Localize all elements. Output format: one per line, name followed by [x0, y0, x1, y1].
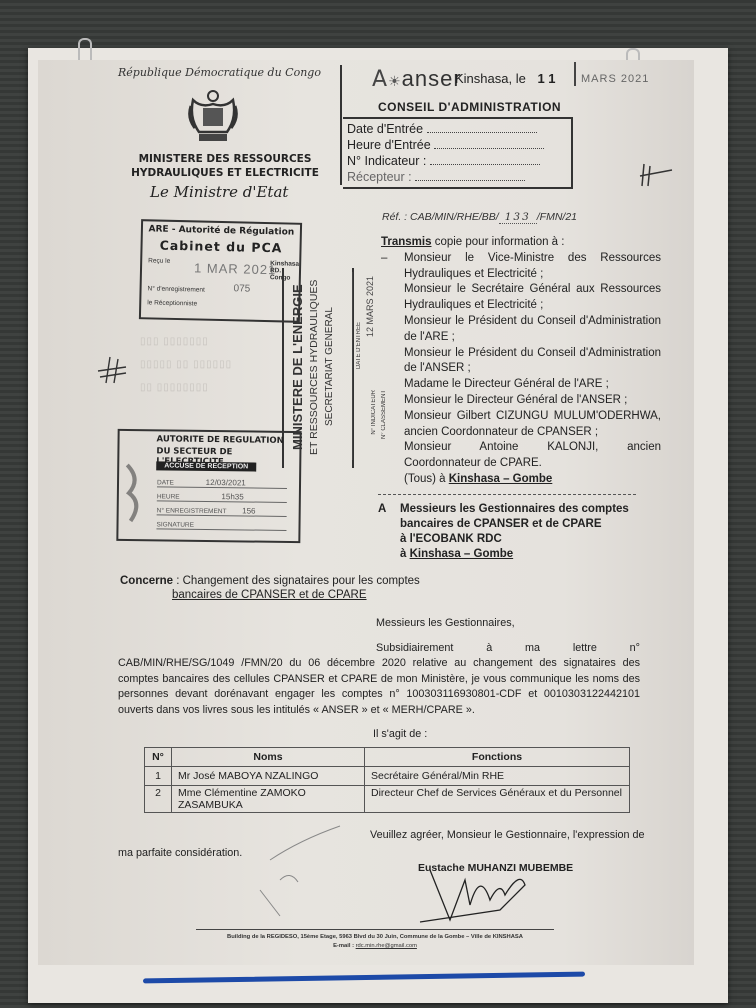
field-label: N° ENREGISTREMENT [157, 507, 227, 515]
separator [378, 494, 636, 495]
reception-field-signature: SIGNATURE [156, 521, 286, 531]
il-sagit: Il s'agit de : [373, 727, 640, 743]
addressee-prefix: A [378, 502, 386, 517]
ministry-line-2: HYDRAULIQUES ET ELECTRICITE [110, 166, 340, 180]
ref-suffix: /FMN/21 [537, 211, 577, 223]
table-row: 1 Mr José MABOYA NZALINGO Secrétaire Gén… [145, 767, 630, 786]
signatories-table: N° Noms Fonctions 1 Mr José MABOYA NZALI… [144, 747, 630, 813]
transmis-heading: Transmis [381, 236, 432, 248]
header-functions: Fonctions [365, 748, 630, 767]
subject-line: Concerne : Changement des signataires po… [120, 574, 420, 602]
list-item: Monsieur le Secrétaire Général aux Resso… [381, 282, 661, 314]
cell-number: 1 [145, 767, 172, 786]
republic-header: République Démocratique du Congo [118, 66, 321, 79]
field-value: 15h35 [221, 492, 243, 501]
handwritten-annotation-icon [240, 820, 360, 920]
header-number: N° [145, 748, 172, 767]
stamp-energie-line-2: ET RESSOURCES HYDRAULIQUES [308, 272, 320, 462]
reception-field-date: DATE 12/03/2021 [157, 477, 287, 489]
reception-line-1: AUTORITE DE REGULATION [157, 434, 284, 446]
enreg-value: 075 [233, 283, 250, 294]
reference-number: Réf. : CAB/MIN/RHE/BB/133/FMN/21 [382, 211, 577, 223]
tous-prefix: (Tous) à [404, 473, 449, 485]
list-item: Monsieur Antoine KALONJI, ancien Coordon… [381, 440, 661, 472]
list-item: Monsieur le Président du Conseil d'Admin… [381, 314, 661, 346]
footer-address-text: Building de la REGIDESO, 15ème Etage, 59… [150, 933, 600, 942]
reception-badge: ACCUSE DE RECEPTION [156, 461, 256, 471]
transmis-heading-rest: copie pour information à : [432, 236, 565, 248]
date-stamp-month-year: MARS 2021 [581, 73, 649, 85]
field-value: 156 [242, 506, 255, 515]
subject-text-2: bancaires de CPANSER et de CPARE [172, 588, 420, 602]
addressee-place: Kinshasa – Gombe [410, 548, 514, 560]
field-value: 12/03/2021 [206, 478, 246, 487]
list-item: Monsieur le Directeur Général de l'ANSER… [381, 393, 661, 409]
addressee-line-4-prefix: à [400, 548, 410, 560]
date-entree-label: DATE D'ENTREE [356, 322, 362, 369]
ref-number: 133 [499, 211, 537, 224]
list-item: Monsieur le Président du Conseil d'Admin… [381, 346, 661, 378]
list-item: Monsieur le Vice-Ministre des Ressources… [381, 251, 661, 283]
body-paragraph: Subsidiairement à ma lettre n° CAB/MIN/R… [118, 641, 640, 719]
footer-email-link[interactable]: rdc.min.rhe@gmail.com [356, 943, 417, 949]
field-recepteur: Récepteur : [347, 169, 567, 185]
subject-text-1: : Changement des signataires pour les co… [173, 575, 420, 587]
salutation: Messieurs les Gestionnaires, [376, 616, 640, 632]
recep-label: le Réceptionniste [147, 299, 197, 307]
field-heure-entree: Heure d'Entrée [347, 137, 567, 153]
date-entree-value: 12 MARS 2021 [365, 276, 375, 337]
conseil-title: CONSEIL D'ADMINISTRATION [378, 100, 561, 114]
letter-body: Messieurs les Gestionnaires, Subsidiaire… [118, 616, 640, 743]
table-row: 2 Mme Clémentine ZAMOKO ZASAMBUKA Direct… [145, 786, 630, 813]
classement-label: N° CLASSEMENT [381, 390, 387, 439]
binder-clip-left [78, 38, 92, 62]
addressee-line-2: bancaires de CPANSER et de CPARE [400, 517, 629, 532]
recu-label: Reçu le [148, 257, 170, 264]
header-names: Noms [172, 748, 365, 767]
cell-name: Mme Clémentine ZAMOKO ZASAMBUKA [172, 786, 365, 813]
stamp-energie-fields: DATE D'ENTREE 12 MARS 2021 N° INDICATEUR… [352, 272, 395, 460]
table-header-row: N° Noms Fonctions [145, 748, 630, 767]
enreg-label: N° d'enregistrement [147, 285, 204, 293]
ministry-line-1: MINISTERE DES RESSOURCES [110, 152, 340, 166]
field-label: Récepteur : [347, 170, 412, 184]
reception-field-heure: HEURE 15h35 [157, 491, 287, 503]
anser-logo-text: anser [402, 66, 462, 91]
tous-place: Kinshasa – Gombe [449, 473, 553, 485]
field-label: HEURE [157, 493, 180, 500]
stamp-divider [574, 62, 576, 86]
stamp-are-cabinet: ARE - Autorité de Régulation Cabinet du … [139, 219, 302, 323]
stamp-are-line-2: Cabinet du PCA [142, 237, 299, 256]
initials-scribble-icon [636, 160, 676, 190]
field-label: Heure d'Entrée [347, 138, 431, 152]
reception-field-enregistrement: N° ENREGISTREMENT 156 [157, 505, 287, 517]
subject-label: Concerne [120, 575, 173, 587]
hash-scribble-icon [96, 355, 130, 385]
closing-line-1: Veuillez agréer, Monsieur le Gestionnair… [118, 826, 648, 844]
copy-recipients: Transmis copie pour information à : Mons… [381, 235, 661, 488]
ministry-name: MINISTERE DES RESSOURCES HYDRAULIQUES ET… [110, 152, 340, 180]
list-item: (Tous) à Kinshasa – Gombe [381, 472, 661, 488]
stamp-conseil-fields: Date d'Entrée Heure d'Entrée N° Indicate… [343, 117, 573, 189]
list-item: Monsieur Gilbert CIZUNGU MULUM'ODERHWA, … [381, 409, 661, 441]
ref-prefix: Réf. : CAB/MIN/RHE/BB/ [382, 211, 499, 223]
indicateur-label: N° INDICATEUR [371, 390, 377, 435]
field-label: SIGNATURE [156, 521, 194, 528]
place-date: Kinshasa, le 1 1 [455, 71, 556, 86]
anser-logo: A☀anser [372, 66, 462, 92]
cell-function: Secrétaire Général/Min RHE [365, 767, 630, 786]
email-label: E-mail : [333, 943, 356, 949]
coat-of-arms-icon [185, 88, 241, 146]
stamp-logo-smudge-icon [120, 459, 151, 529]
stamp-accuse-reception: AUTORITE DE REGULATION DU SECTEUR DE L'E… [116, 429, 301, 543]
faded-stamp-impression: ▯▯▯ ▯▯▯▯▯▯▯▯▯▯▯▯ ▯▯ ▯▯▯▯▯▯▯▯ ▯▯▯▯▯▯▯▯ [140, 330, 232, 399]
field-label: Date d'Entrée [347, 122, 423, 136]
stamp-are-line-1: ARE - Autorité de Régulation [143, 224, 300, 238]
cell-function: Directeur Chef de Services Généraux et d… [365, 786, 630, 813]
field-label: DATE [157, 479, 174, 486]
signature-icon [410, 860, 560, 930]
stamp-energie-line-3: SECRETARIAT GENERAL [324, 272, 335, 462]
footer-rule [196, 929, 554, 930]
field-indicateur: N° Indicateur : [347, 153, 567, 169]
cell-number: 2 [145, 786, 172, 813]
cell-name: Mr José MABOYA NZALINGO [172, 767, 365, 786]
closing-formula: Veuillez agréer, Monsieur le Gestionnair… [118, 826, 648, 862]
footer-address: Building de la REGIDESO, 15ème Etage, 59… [150, 933, 600, 951]
addressee-line-1: Messieurs les Gestionnaires des comptes [400, 502, 629, 517]
list-item: Madame le Directeur Général de l'ARE ; [381, 377, 661, 393]
addressee-block: A Messieurs les Gestionnaires des compte… [378, 502, 629, 562]
date-day: 1 1 [537, 71, 555, 86]
field-date-entree: Date d'Entrée [347, 121, 567, 137]
minister-title: Le Ministre d'Etat [150, 183, 288, 201]
addressee-line-3: à l'ECOBANK RDC [400, 532, 629, 547]
place-date-text: Kinshasa, le [455, 71, 526, 86]
recu-value: 1 MAR 2021 [194, 260, 277, 277]
recipient-list: Monsieur le Vice-Ministre des Ressources… [381, 251, 661, 488]
closing-line-2: ma parfaite considération. [118, 844, 648, 862]
field-label: N° Indicateur : [347, 154, 426, 168]
